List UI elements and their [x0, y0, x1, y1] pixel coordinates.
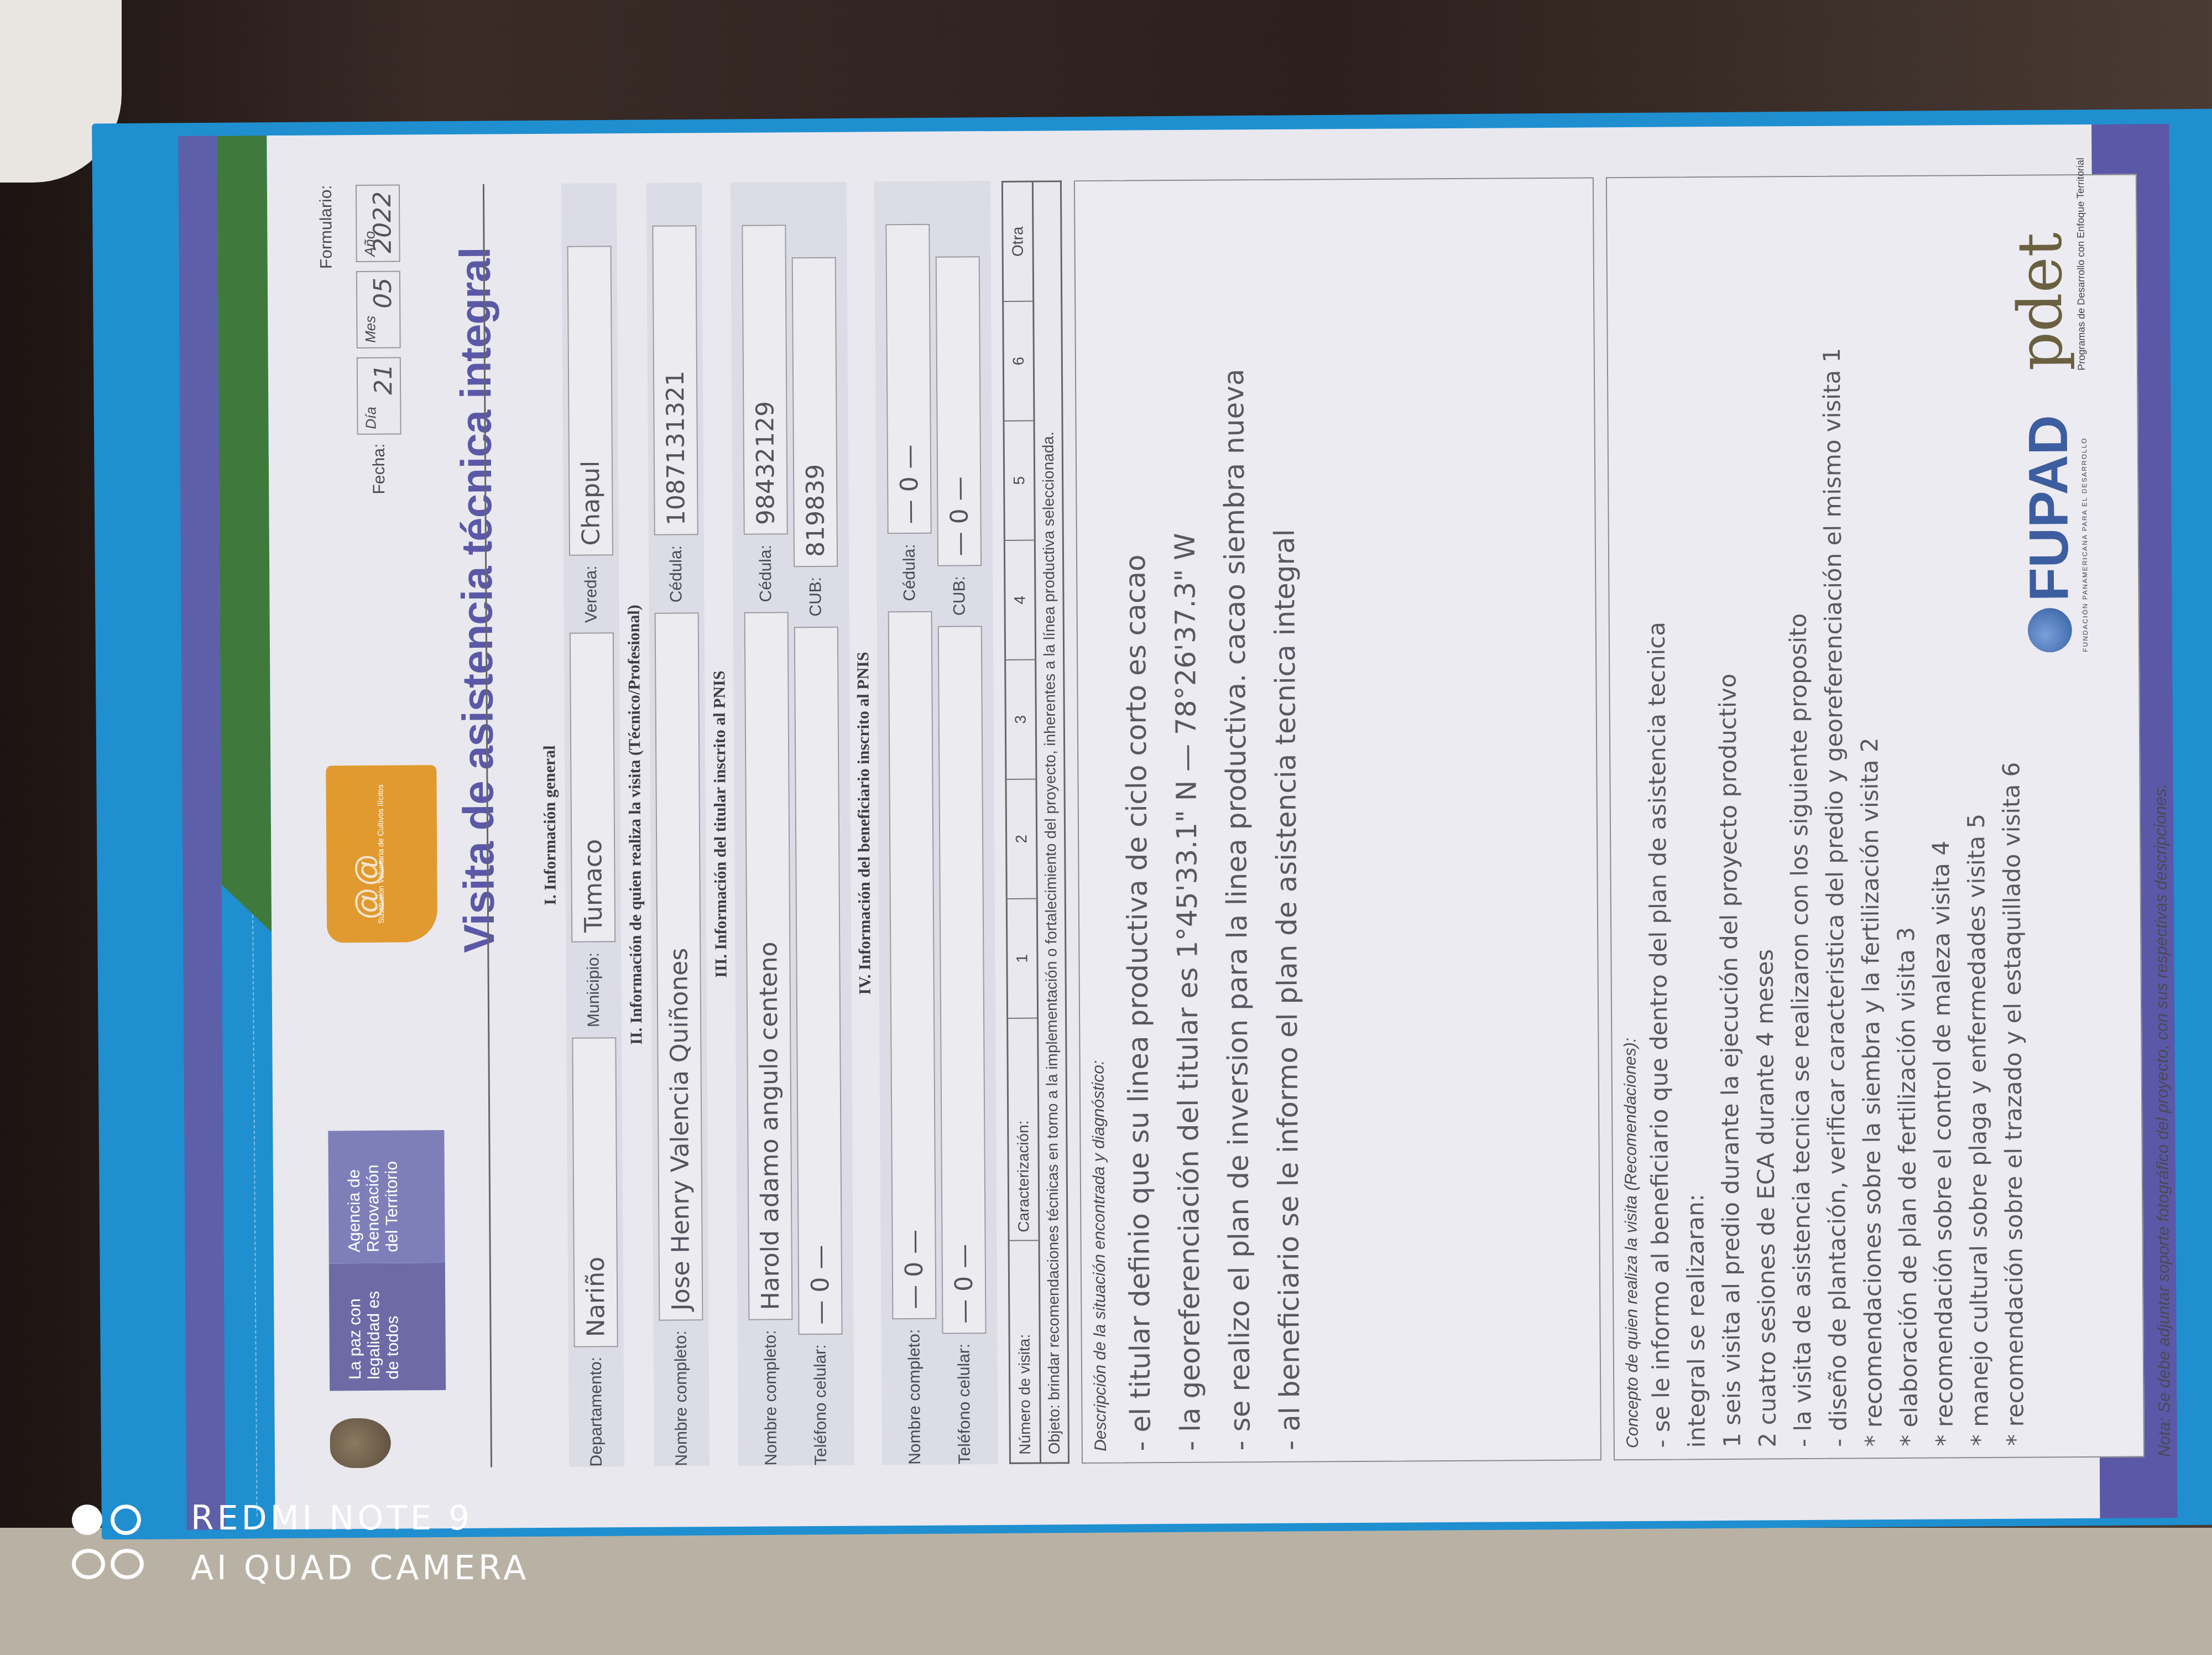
- descripcion-line: - al beneficiario se le informo el plan …: [1263, 191, 1310, 1450]
- titular-cub-field[interactable]: 819839: [792, 257, 838, 567]
- year-field[interactable]: Año2022: [356, 185, 400, 262]
- footer-logos: FUPAD FUNDACIÓN PANAMERICANA PARA EL DES…: [2004, 158, 2089, 653]
- beneficiario-nombre-field[interactable]: — 0 —: [888, 611, 937, 1319]
- form-paper: La paz con legalidad es de todos Agencia…: [178, 124, 2177, 1530]
- recomendacion-line: - la visita de asistencia tecnica se rea…: [1780, 188, 1819, 1447]
- section-1-row: Departamento: Nariño Municipio: Tumaco V…: [561, 183, 624, 1467]
- titular-signature[interactable]: Harold Nombre y firma del titular: [2194, 1080, 2212, 1457]
- gov-slogan: La paz con legalidad es de todos: [329, 1263, 446, 1391]
- recomendacion-line: * manejo cultural sobre plaga y enfermed…: [1957, 187, 1996, 1446]
- recomendacion-line: 2 cuatro sesiones de ECA durante 4 meses: [1744, 188, 1784, 1447]
- camera-dots-icon: [72, 1505, 144, 1538]
- recomendaciones-caption: Concepto de quien realiza la visita (Rec…: [1616, 189, 1642, 1448]
- recomendacion-line: * elaboración de plan de fertilización v…: [1886, 188, 1926, 1446]
- tecnico-nombre-field[interactable]: Jose Henry Valencia Quiñones: [655, 612, 703, 1320]
- section-4-block: Nombre completo: — 0 — Cédula: — 0 — Tel…: [874, 181, 998, 1465]
- titular-telefono-field[interactable]: — 0 —: [794, 626, 843, 1334]
- camera-watermark-line1: REDMI NOTE 9: [191, 1499, 473, 1538]
- visit-option-3[interactable]: 3: [1006, 659, 1035, 779]
- pdet-logo: pdet Programas de Desarrollo con Enfoque…: [2004, 158, 2088, 371]
- visit-option-5[interactable]: 5: [1005, 420, 1034, 540]
- program-logo: @@ Sustitución Voluntaria de Cultivos Il…: [326, 765, 437, 943]
- visit-option-4[interactable]: 4: [1005, 540, 1035, 659]
- descripcion-line: - se realizo el plan de inversion para l…: [1213, 191, 1260, 1450]
- titular-cedula-field[interactable]: 98432129: [742, 225, 787, 535]
- beneficiario-telefono-field[interactable]: — 0 —: [938, 626, 987, 1334]
- section-2-row: Nombre completo: Jose Henry Valencia Qui…: [646, 183, 709, 1466]
- coat-of-arms-icon: [330, 1418, 392, 1469]
- beneficiario-cub-field[interactable]: — 0 —: [936, 256, 982, 566]
- departamento-field[interactable]: Nariño: [572, 1037, 618, 1347]
- visit-option-otra[interactable]: Otra: [1003, 183, 1032, 301]
- art-agency: Agencia de Renovación del Territorio: [328, 1130, 445, 1263]
- visit-option-1[interactable]: 1: [1008, 898, 1037, 1018]
- form-title: Visita de asistencia técnica integral: [450, 247, 505, 953]
- caracterizacion-cell[interactable]: Caracterización:: [1008, 1018, 1038, 1240]
- camera-loop-icon: [72, 1549, 144, 1582]
- form-header: La paz con legalidad es de todos Agencia…: [300, 184, 540, 1469]
- section-4-title: IV. Información del beneficiario inscrit…: [851, 181, 878, 1465]
- tecnico-cedula-field[interactable]: 1087131321: [652, 226, 698, 535]
- recomendacion-line: integral se realizaran:: [1673, 189, 1713, 1448]
- section-1-title: I. Información general: [537, 184, 564, 1467]
- section-3-title: III. Información del titular inscrito al…: [707, 183, 734, 1466]
- green-band: [217, 136, 272, 933]
- recomendacion-line: * recomendación sobre el control de male…: [1921, 187, 1961, 1446]
- day-field[interactable]: Día21: [357, 357, 401, 435]
- date-fields: Fecha: Día21 Mes05 Año2022: [356, 185, 401, 495]
- fupad-logo: FUPAD FUNDACIÓN PANAMERICANA PARA EL DES…: [2016, 415, 2089, 653]
- beneficiario-cedula-field[interactable]: — 0 —: [885, 224, 931, 534]
- vereda-field[interactable]: Chapul: [567, 246, 613, 555]
- titular-nombre-field[interactable]: Harold adamo angulo centeno: [744, 612, 793, 1320]
- spiral-icon: @@: [348, 853, 387, 920]
- table-surface: [0, 1528, 2212, 1655]
- recomendacion-line: - se le informo al beneficiario que dent…: [1638, 189, 1678, 1448]
- fecha-label: Fecha:: [370, 444, 389, 495]
- municipio-field[interactable]: Tumaco: [570, 633, 615, 943]
- visit-option-2[interactable]: 2: [1006, 779, 1036, 898]
- formulario-label: Formulario:: [317, 185, 336, 269]
- recomendacion-line: 1 seis visita al predio durante la ejecu…: [1709, 189, 1749, 1448]
- descripcion-area[interactable]: Descripción de la situación encontrada y…: [1074, 177, 1601, 1464]
- section-2-title: II. Información de quien realiza la visi…: [622, 183, 649, 1466]
- tecnico-signature[interactable]: Jose Henry Valencia Nombre y firma del t…: [2191, 516, 2212, 893]
- globe-icon: [2027, 608, 2072, 652]
- visit-number-label: Número de visita:: [1010, 1240, 1040, 1463]
- recomendacion-line: - diseño de plantación, verificar caract…: [1815, 188, 1855, 1447]
- form-upright: La paz con legalidad es de todos Agencia…: [267, 124, 2100, 1529]
- recomendacion-line: * recomendaciones sobre la siembra y la …: [1850, 188, 1890, 1446]
- descripcion-line: - la georeferenciación del titular es 1°…: [1164, 192, 1210, 1451]
- descripcion-line: - el titular definio que su linea produc…: [1114, 192, 1160, 1451]
- camera-watermark-line2: AI QUAD CAMERA: [191, 1549, 529, 1588]
- month-field[interactable]: Mes05: [356, 271, 401, 348]
- visit-option-6[interactable]: 6: [1004, 301, 1033, 420]
- descripcion-caption: Descripción de la situación encontrada y…: [1084, 192, 1110, 1451]
- section-3-block: Nombre completo: Harold adamo angulo cen…: [731, 182, 854, 1466]
